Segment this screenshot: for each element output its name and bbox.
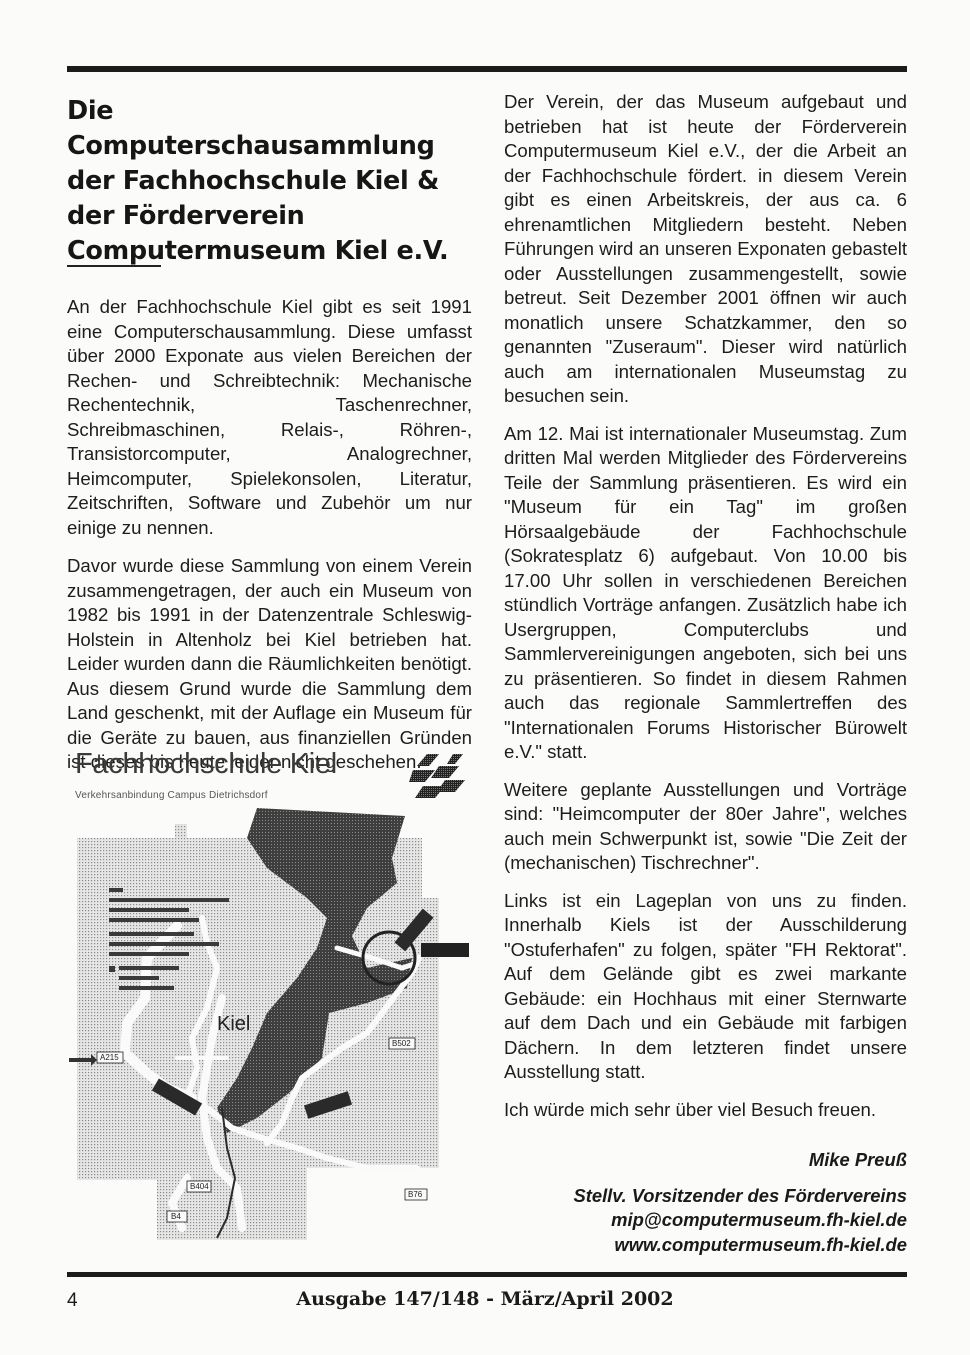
bottom-rule (67, 1272, 907, 1277)
author-email[interactable]: mip@computermuseum.fh-kiel.de (504, 1208, 907, 1233)
paragraph-exhibitions: Weitere geplante Ausstellungen und Vortr… (504, 778, 907, 876)
map-graphic: A215 B404 B4 B76 B502 Kiel (67, 808, 472, 1248)
author-name: Mike Preuß (504, 1148, 907, 1173)
issue-label: Ausgabe 147/148 - März/April 2002 (0, 1288, 970, 1310)
signature-block: Mike Preuß Stellv. Vorsitzender des Förd… (504, 1148, 907, 1257)
road-label-b4: B4 (171, 1212, 181, 1221)
road-label-b502: B502 (392, 1039, 411, 1048)
right-column: Der Verein, der das Museum aufgebaut und… (504, 90, 907, 1257)
fh-kiel-logo-icon (409, 752, 465, 804)
author-role: Stellv. Vorsitzender des Fördervereins (504, 1184, 907, 1209)
road-label-b404: B404 (190, 1182, 209, 1191)
paragraph-closing: Ich würde mich sehr über viel Besuch fre… (504, 1098, 907, 1123)
map-title: Fachhochschule Kiel (75, 748, 337, 781)
article-title: Die Computerschausammlung der Fachhochsc… (67, 94, 472, 269)
map-subtitle: Verkehrsanbindung Campus Dietrichsdorf (75, 790, 268, 801)
road-label-b76: B76 (408, 1190, 423, 1199)
map-city-label: Kiel (217, 1013, 250, 1035)
paragraph-museumstag: Am 12. Mai ist internationaler Museumsta… (504, 422, 907, 765)
paragraph-intro: An der Fachhochschule Kiel gibt es seit … (67, 295, 472, 540)
website-link[interactable]: www.computermuseum.fh-kiel.de (504, 1233, 907, 1258)
title-underline (67, 265, 161, 267)
paragraph-directions: Links ist ein Lageplan von uns zu finden… (504, 889, 907, 1085)
left-column: Die Computerschausammlung der Fachhochsc… (67, 90, 472, 775)
location-map: Fachhochschule Kiel Verkehrsanbindung Ca… (67, 748, 472, 1248)
paragraph-history: Davor wurde diese Sammlung von einem Ver… (67, 554, 472, 775)
paragraph-verein: Der Verein, der das Museum aufgebaut und… (504, 90, 907, 409)
road-label-a215: A215 (100, 1053, 119, 1062)
top-rule (67, 66, 907, 72)
